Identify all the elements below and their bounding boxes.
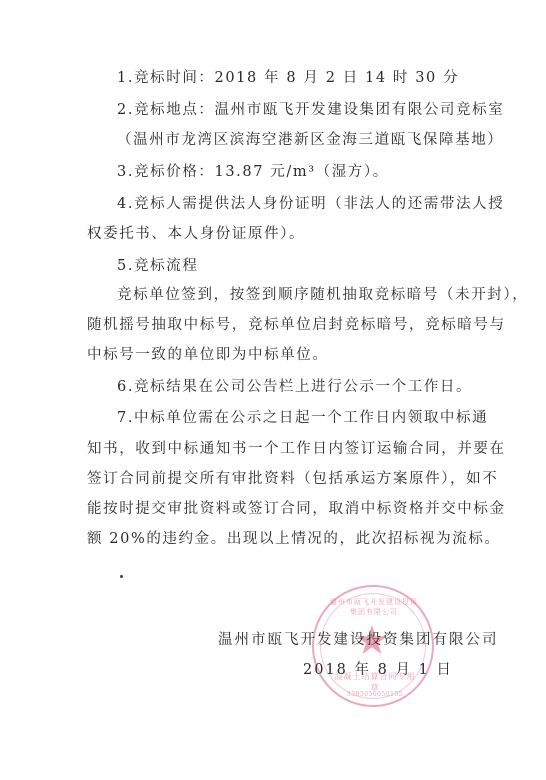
item-1-time: 1.竞标时间：2018 年 8 月 2 日 14 时 30 分	[117, 66, 459, 87]
seal-number: 3303050050155	[336, 691, 414, 698]
item-2-location: 2.竞标地点：温州市瓯飞开发建设集团有限公司竞标室	[117, 98, 504, 119]
item-7-para-4: 能按时提交审批资料或签订合同，取消中标资格并交中标金	[87, 497, 506, 518]
item-6-result: 6.竞标结果在公司公告栏上进行公示一个工作日。	[117, 375, 472, 396]
item-4-continued: 权委托书、本人身份证原件）。	[87, 222, 305, 243]
seal-top-text: 温州市瓯飞开发建设投资集团有限公司	[328, 597, 420, 617]
item-5-para-1: 竞标单位签到，按签到顺序随机抽取竞标暗号（未开封），	[117, 283, 528, 304]
item-5-heading: 5.竞标流程	[117, 254, 198, 275]
signature-company: 温州市瓯飞开发建设投资集团有限公司	[218, 628, 499, 649]
item-7-para-2: 知书，收到中标通知书一个工作日内签订运输合同，并要在	[87, 437, 506, 458]
item-3-price: 3.竞标价格：13.87 元/m³（湿方）。	[117, 160, 389, 181]
item-5-para-2: 随机摇号抽取中标号，竞标单位启封竞标暗号，竞标暗号与	[87, 313, 506, 334]
item-4-requirements: 4.竞标人需提供法人身份证明（非法人的还需带法人授	[117, 192, 504, 213]
signature-date: 2018 年 8 月 1 日	[303, 658, 453, 679]
item-7-para-1: 7.中标单位需在公示之日起一个工作日内领取中标通	[117, 406, 488, 427]
item-7-para-5: 额 20%的违约金。出现以上情况的，此次招标视为流标。	[87, 527, 501, 548]
item-5-para-3: 中标号一致的单位即为中标单位。	[87, 343, 329, 364]
stray-dot	[120, 575, 123, 578]
item-2-address: （温州市龙湾区滨海空港新区金海三道瓯飞保障基地）	[117, 128, 503, 149]
item-7-para-3: 签订合同前提交所有审批资料（包括承运方案原件），如不	[87, 467, 498, 488]
